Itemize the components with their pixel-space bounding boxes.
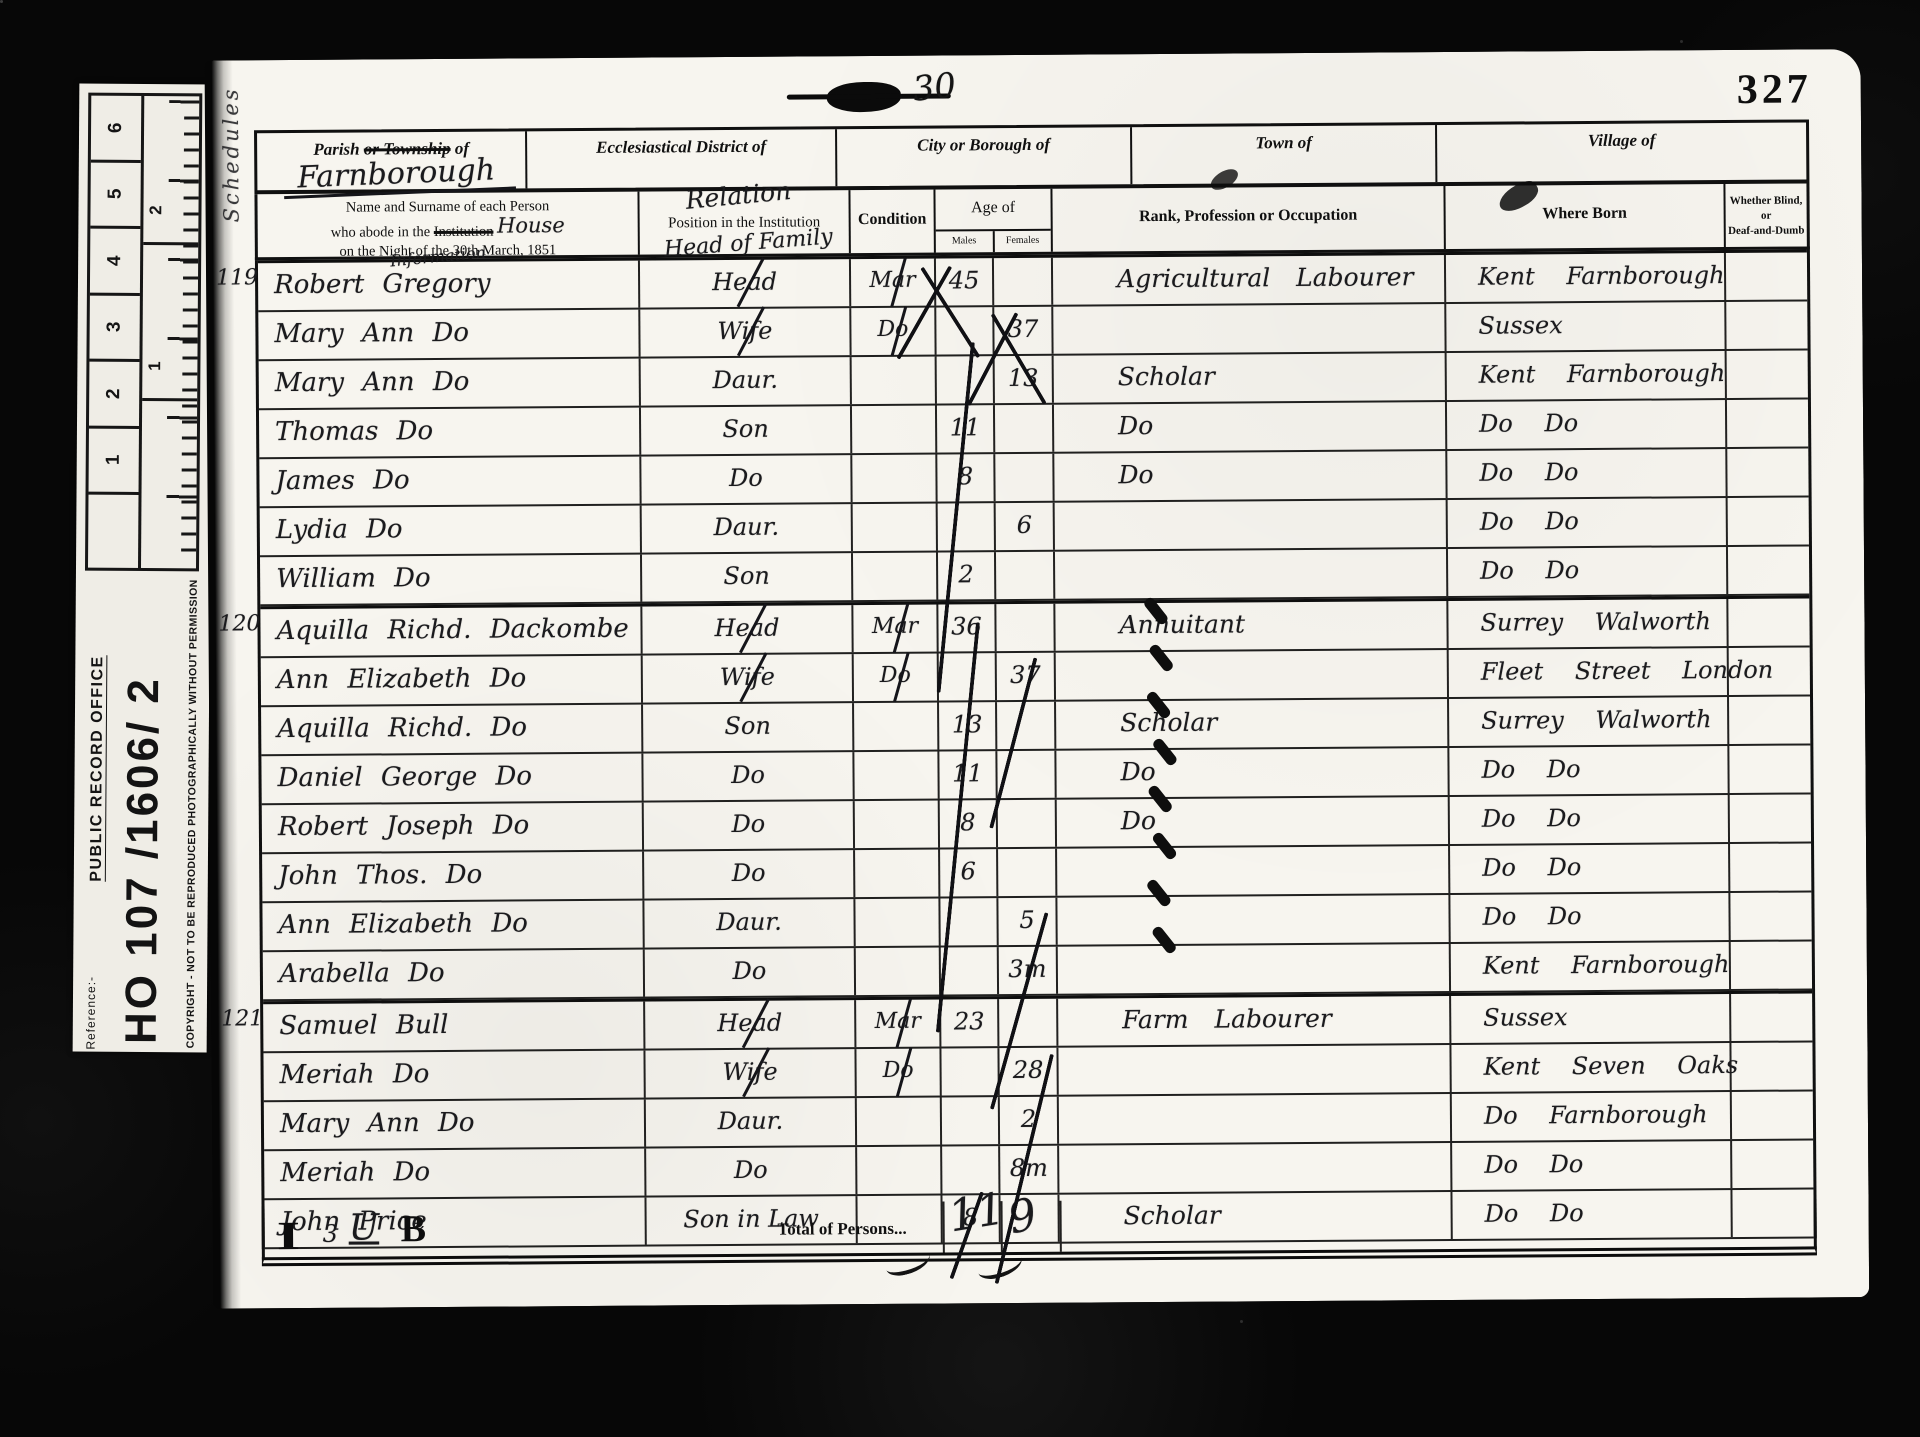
cell-blind-deaf	[1729, 696, 1810, 744]
cell-where-born: Fleet Street London	[1449, 648, 1729, 697]
blind-header-line: Deaf-and-Dumb	[1726, 223, 1807, 238]
cell-condition	[855, 899, 940, 947]
person-name: Mary Ann Do	[280, 1108, 475, 1139]
cell-age-female: 5	[998, 898, 1057, 945]
cell-relation: Daur.	[641, 357, 852, 405]
cell-name: Information Robert Gregory	[258, 261, 640, 311]
cell-occupation: Do	[1054, 451, 1447, 501]
cell-age-male	[941, 1048, 999, 1095]
cell-relation: Head	[642, 605, 853, 653]
margin-mark: U	[349, 1207, 380, 1248]
person-name: Robert Gregory	[274, 269, 491, 301]
cell-relation: Daur.	[644, 899, 855, 947]
cell-relation: Head	[640, 259, 851, 307]
person-name: Robert Joseph Do	[278, 810, 530, 842]
cell-occupation: Agricultural Labourer	[1053, 255, 1446, 305]
ruler-divider	[143, 242, 198, 245]
cell-blind-deaf	[1727, 350, 1808, 398]
cell-where-born: Kent Farnborough	[1447, 351, 1727, 400]
cell-name: William Do	[260, 555, 642, 605]
column-header-relation: Relation Position in the Institution Hea…	[639, 190, 850, 254]
cell-where-born: Do Do	[1448, 547, 1728, 596]
cell-occupation	[1057, 846, 1450, 896]
cell-condition	[853, 553, 938, 601]
cell-where-born: Kent Farnborough	[1451, 942, 1731, 991]
cell-age-male	[938, 503, 996, 550]
cell-blind-deaf	[1727, 448, 1808, 496]
check-mark	[883, 1244, 934, 1279]
column-header-where-born: Where Born	[1445, 184, 1725, 249]
ruler-number: 1	[103, 455, 125, 466]
cell-blind-deaf	[1730, 892, 1811, 940]
person-name: Mary Ann Do	[275, 367, 470, 398]
cell-blind-deaf	[1729, 647, 1810, 695]
cell-condition	[857, 1098, 942, 1146]
cell-name: James Do	[259, 457, 641, 507]
margin-mark: B	[401, 1207, 427, 1251]
census-rows: 119 Information Robert Gregory Head Mar …	[255, 249, 1817, 1249]
cell-where-born: Do Do	[1452, 1141, 1732, 1190]
person-name: Lydia Do	[276, 514, 403, 545]
margin-mark: I	[277, 1212, 301, 1259]
cell-blind-deaf	[1728, 546, 1809, 594]
cell-name: Robert Joseph Do	[262, 803, 644, 853]
cell-occupation	[1059, 1143, 1452, 1193]
reference-label: Reference:-	[84, 900, 99, 1050]
header-parish: Parish or Township of Farnborough	[257, 131, 527, 190]
cell-name: Aquilla Richd. Dackombe	[260, 607, 642, 657]
cell-name: Mary Ann Do	[259, 359, 641, 409]
cell-name: Mary Ann Do	[264, 1100, 646, 1150]
cell-relation: Do	[646, 1147, 857, 1195]
ruler-cm-cell: 3	[89, 295, 139, 362]
total-row: I 3 U B Total of Persons... 11 9	[262, 1195, 1817, 1266]
cell-where-born: Kent Farnborough	[1446, 253, 1726, 302]
cell-blind-deaf	[1732, 1140, 1813, 1188]
cell-occupation: Do	[1056, 748, 1449, 798]
cell-age-female	[995, 454, 1054, 501]
ruler-cm-cell: 4	[90, 229, 140, 296]
person-name: Ann Elizabeth Do	[277, 663, 527, 695]
ruler-number: 1	[145, 361, 165, 371]
cell-occupation	[1059, 1094, 1452, 1144]
cell-name: Daniel George Do	[261, 754, 643, 804]
cell-blind-deaf	[1726, 252, 1807, 300]
cell-occupation	[1055, 500, 1448, 550]
cell-age-female	[999, 999, 1058, 1046]
ruler-cm-cell	[88, 495, 139, 568]
cell-age-female	[997, 702, 1056, 749]
film-dust-specks	[0, 0, 3, 3]
column-header-blind-deaf: Whether Blind, or Deaf-and-Dumb	[1725, 183, 1806, 247]
cell-age-male	[936, 307, 994, 354]
cell-name: Mary Ann Do	[258, 310, 640, 360]
person-name: Aquilla Richd. Do	[277, 712, 527, 744]
person-name: Meriah Do	[280, 1157, 430, 1188]
column-header-occupation: Rank, Profession or Occupation	[1052, 186, 1445, 252]
ruler-number: 3	[104, 322, 126, 333]
total-row-divider	[943, 1202, 945, 1253]
person-name: Aquilla Richd. Dackombe	[276, 614, 628, 646]
householder-schedule-number: 119	[216, 267, 258, 289]
film-reference-strip: 6 5 4 3 2 1 2 1 PUBLIC RECORD OFFICE HO …	[73, 84, 214, 1053]
ruler-number: 6	[105, 122, 127, 133]
cell-occupation: Annuitant	[1055, 601, 1448, 651]
header-ecclesiastical-district: Ecclesiastical District of	[527, 129, 837, 188]
cell-relation: Wife	[640, 308, 851, 356]
cell-condition	[854, 752, 939, 800]
ruler-cm-cell: 6	[91, 96, 141, 163]
ruler-cm-cell: 1	[89, 428, 139, 495]
cell-condition: Do	[856, 1049, 941, 1097]
cell-age-male	[939, 653, 997, 700]
person-name: Mary Ann Do	[274, 318, 469, 349]
cell-occupation	[1057, 895, 1450, 945]
cell-age-male: 45	[936, 258, 994, 305]
cell-blind-deaf	[1732, 1091, 1813, 1139]
cell-age-female: 13	[995, 356, 1054, 403]
cell-blind-deaf	[1726, 301, 1807, 349]
cell-where-born: Do Do	[1447, 400, 1727, 449]
cell-blind-deaf	[1727, 399, 1808, 447]
cell-relation: Do	[645, 948, 856, 996]
cell-relation: Son	[642, 553, 853, 601]
cell-name: Ann Elizabeth Do	[261, 656, 643, 706]
cell-condition	[852, 357, 937, 405]
cell-where-born: Surrey Walworth	[1449, 697, 1729, 746]
cell-blind-deaf	[1730, 794, 1811, 842]
person-name: Daniel George Do	[277, 761, 532, 793]
cell-name: Aquilla Richd. Do	[261, 705, 643, 755]
ruler-cm-cell: 5	[90, 162, 140, 229]
cell-condition: Mar	[851, 259, 936, 307]
cell-name: Ann Elizabeth Do	[262, 901, 644, 951]
householder-schedule-number: 121	[221, 1008, 263, 1030]
cell-age-female	[996, 552, 1055, 599]
ruler-number: 5	[105, 189, 127, 200]
cell-condition	[855, 850, 940, 898]
person-name: William Do	[276, 563, 431, 594]
header-town: Town of	[1132, 125, 1437, 184]
cell-age-female: 6	[996, 503, 1055, 550]
cell-where-born: Do Do	[1449, 746, 1729, 795]
person-name: Meriah Do	[280, 1059, 430, 1090]
header-village: Village of	[1437, 122, 1806, 182]
blind-header-line: Whether Blind,	[1725, 193, 1806, 208]
cell-blind-deaf	[1728, 598, 1809, 646]
cell-where-born: Sussex	[1451, 994, 1731, 1043]
cell-occupation	[1055, 549, 1448, 599]
cell-relation: Daur.	[646, 1098, 857, 1146]
cell-relation: Do	[643, 752, 854, 800]
person-name: John Thos. Do	[278, 860, 482, 891]
edge-handwritten-annotation: Schedules	[219, 86, 244, 222]
cell-occupation: Scholar	[1056, 699, 1449, 749]
ruler-scale: 6 5 4 3 2 1 2 1	[85, 93, 202, 572]
total-row-divider	[1060, 1201, 1062, 1252]
age-subcolumns: Males Females	[936, 231, 1051, 253]
cell-occupation	[1053, 304, 1446, 354]
cell-age-female	[994, 258, 1053, 305]
cell-condition: Mar	[856, 1000, 941, 1048]
cell-relation: Do	[641, 455, 852, 503]
parish-label: Parish	[313, 140, 359, 159]
cell-condition	[854, 703, 939, 751]
cell-relation: Wife	[643, 654, 854, 702]
cell-age-male: 23	[941, 999, 999, 1046]
column-header-condition: Condition	[850, 190, 935, 254]
cell-relation: Daur.	[642, 504, 853, 552]
cell-age-male	[941, 947, 999, 994]
cell-name: Meriah Do	[264, 1149, 646, 1199]
cell-where-born: Do Do	[1450, 893, 1730, 942]
cell-name: John Thos. Do	[262, 852, 644, 902]
cell-relation: Head	[645, 1000, 856, 1048]
cell-relation: Do	[644, 850, 855, 898]
place-header-band: Parish or Township of Farnborough Eccles…	[254, 119, 1809, 194]
cell-blind-deaf	[1731, 1042, 1812, 1090]
cell-where-born: Kent Seven Oaks	[1451, 1043, 1731, 1092]
cell-relation: Wife	[645, 1049, 856, 1097]
cell-name: Thomas Do	[259, 408, 641, 458]
person-name: Samuel Bull	[279, 1010, 448, 1041]
cell-relation: Son	[643, 703, 854, 751]
cell-condition	[855, 801, 940, 849]
cell-where-born: Do Farnborough	[1452, 1092, 1732, 1141]
name-header-line2-struck: Institution	[434, 223, 494, 239]
cell-relation: Son	[641, 406, 852, 454]
census-page: Schedules 30 327 Parish or Township of F…	[209, 49, 1870, 1309]
cell-blind-deaf	[1729, 745, 1810, 793]
ruler-number: 2	[103, 388, 125, 399]
ruler-cm-cell: 2	[89, 362, 139, 429]
cell-condition: Do	[854, 654, 939, 702]
cell-blind-deaf	[1731, 993, 1812, 1041]
cell-age-male: 8	[937, 454, 995, 501]
ruler-number: 2	[146, 205, 166, 215]
ruler-cm-column: 6 5 4 3 2 1	[88, 96, 144, 568]
person-name: James Do	[275, 465, 409, 496]
column-header-age: Age of Males Females	[935, 189, 1052, 253]
cell-age-male: 11	[939, 751, 997, 798]
cell-where-born: Sussex	[1446, 302, 1726, 351]
cell-where-born: Do Do	[1450, 844, 1730, 893]
cell-condition: Mar	[853, 605, 938, 653]
cell-relation: Do	[644, 801, 855, 849]
cell-occupation: Scholar	[1054, 353, 1447, 403]
total-of-persons-label: Total of Persons...	[645, 1219, 907, 1241]
name-header-line2: who abode in the Institution House	[258, 215, 638, 242]
cell-blind-deaf	[1728, 497, 1809, 545]
cell-name: Arabella Do	[263, 950, 645, 1000]
page-top-annotation: 30	[911, 65, 958, 110]
cell-condition	[852, 455, 937, 503]
film-reference-number: HO 107 /1606/ 2	[117, 570, 170, 1044]
cell-blind-deaf	[1731, 941, 1812, 989]
cell-age-female	[998, 849, 1057, 896]
householder-schedule-number: 120	[218, 613, 260, 635]
cell-blind-deaf	[1730, 843, 1811, 891]
cell-condition	[856, 948, 941, 996]
person-name: Arabella Do	[279, 958, 445, 989]
folio-number: 327	[1737, 65, 1812, 114]
age-of-label: Age of	[935, 189, 1050, 232]
column-header-band: Name and Surname of each Person who abod…	[254, 183, 1809, 260]
cell-where-born: Surrey Walworth	[1448, 599, 1728, 648]
cell-name: Samuel Bull	[263, 1002, 645, 1052]
cell-condition	[852, 406, 937, 454]
cell-occupation	[1058, 1045, 1451, 1095]
public-record-office-label: PUBLIC RECORD OFFICE	[88, 572, 108, 882]
cell-where-born: Do Do	[1450, 795, 1730, 844]
cell-occupation	[1056, 650, 1449, 700]
cell-name: Meriah Do	[263, 1051, 645, 1101]
cell-occupation: Do	[1054, 402, 1447, 452]
males-label: Males	[936, 231, 995, 252]
margin-mark: 3	[323, 1220, 338, 1248]
blind-header-line: or	[1726, 208, 1807, 223]
name-header-house-insert: House	[497, 213, 565, 237]
cell-occupation: Do	[1057, 797, 1450, 847]
person-name: Ann Elizabeth Do	[278, 908, 528, 940]
person-name: Thomas Do	[275, 416, 433, 447]
cell-age-female	[995, 405, 1054, 452]
cell-name: Lydia Do	[260, 506, 642, 556]
cell-occupation	[1058, 944, 1451, 994]
cell-age-female	[998, 800, 1057, 847]
cell-where-born: Do Do	[1447, 449, 1727, 498]
cell-age-female	[996, 604, 1055, 651]
header-city-borough: City or Borough of	[837, 127, 1132, 186]
cell-where-born: Do Do	[1448, 498, 1728, 547]
cell-condition	[853, 504, 938, 552]
ruler-number: 4	[104, 255, 126, 266]
females-label: Females	[994, 231, 1051, 252]
cell-condition	[857, 1147, 942, 1195]
cell-occupation: Farm Labourer	[1058, 996, 1451, 1046]
name-header-line2-pre: who abode in the	[331, 224, 431, 241]
